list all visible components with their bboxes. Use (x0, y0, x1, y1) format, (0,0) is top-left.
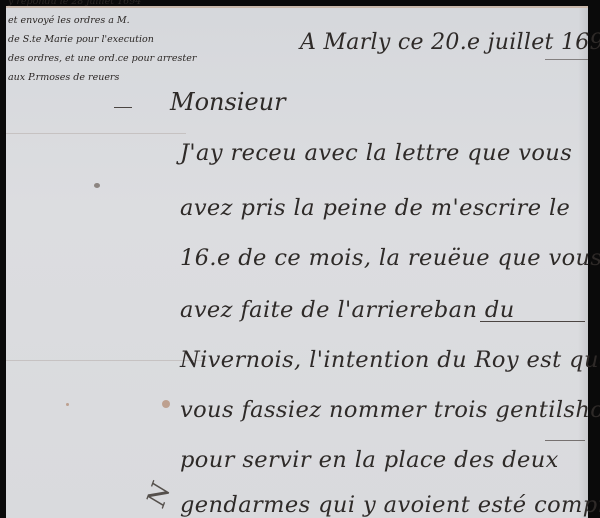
margin-note-line: et envoyé les ordres a M. (8, 11, 130, 30)
foxing-spot (162, 400, 170, 408)
dateline: A Marly ce 20.e juillet 1694 (300, 30, 600, 55)
line-filler-rule (480, 321, 585, 322)
margin-note-line: aux P.rmoses de reuers (8, 68, 119, 87)
margin-note-line: de S.te Marie pour l'execution (8, 30, 154, 49)
body-line: avez faite de l'arriereban du (180, 297, 515, 323)
margin-note-rule (114, 107, 132, 108)
body-line: 16.e de ce mois, la reuëue que vous (180, 245, 600, 271)
paper-fold (6, 133, 186, 134)
ink-blot (94, 183, 100, 188)
line-filler-rule (545, 440, 585, 441)
salutation: Monsieur (170, 88, 286, 116)
paper-fold (6, 360, 206, 361)
dateline-rule (545, 59, 588, 60)
foxing-spot (66, 403, 69, 406)
body-line: vous fassiez nommer trois gentilshomes (180, 397, 600, 423)
margin-note-line: des ordres, et une ord.ce pour arrester (8, 49, 196, 68)
body-line: avez pris la peine de m'escrire le (180, 195, 570, 221)
body-line: gendarmes qui y avoient esté compris (180, 492, 600, 518)
body-line: J'ay receu avec la lettre que vous (180, 140, 572, 166)
body-line: Nivernois, l'intention du Roy est que (180, 347, 600, 373)
margin-note-line: y repondu le 28 juillet 1694 (8, 0, 141, 11)
body-line: pour servir en la place des deux (180, 447, 559, 473)
